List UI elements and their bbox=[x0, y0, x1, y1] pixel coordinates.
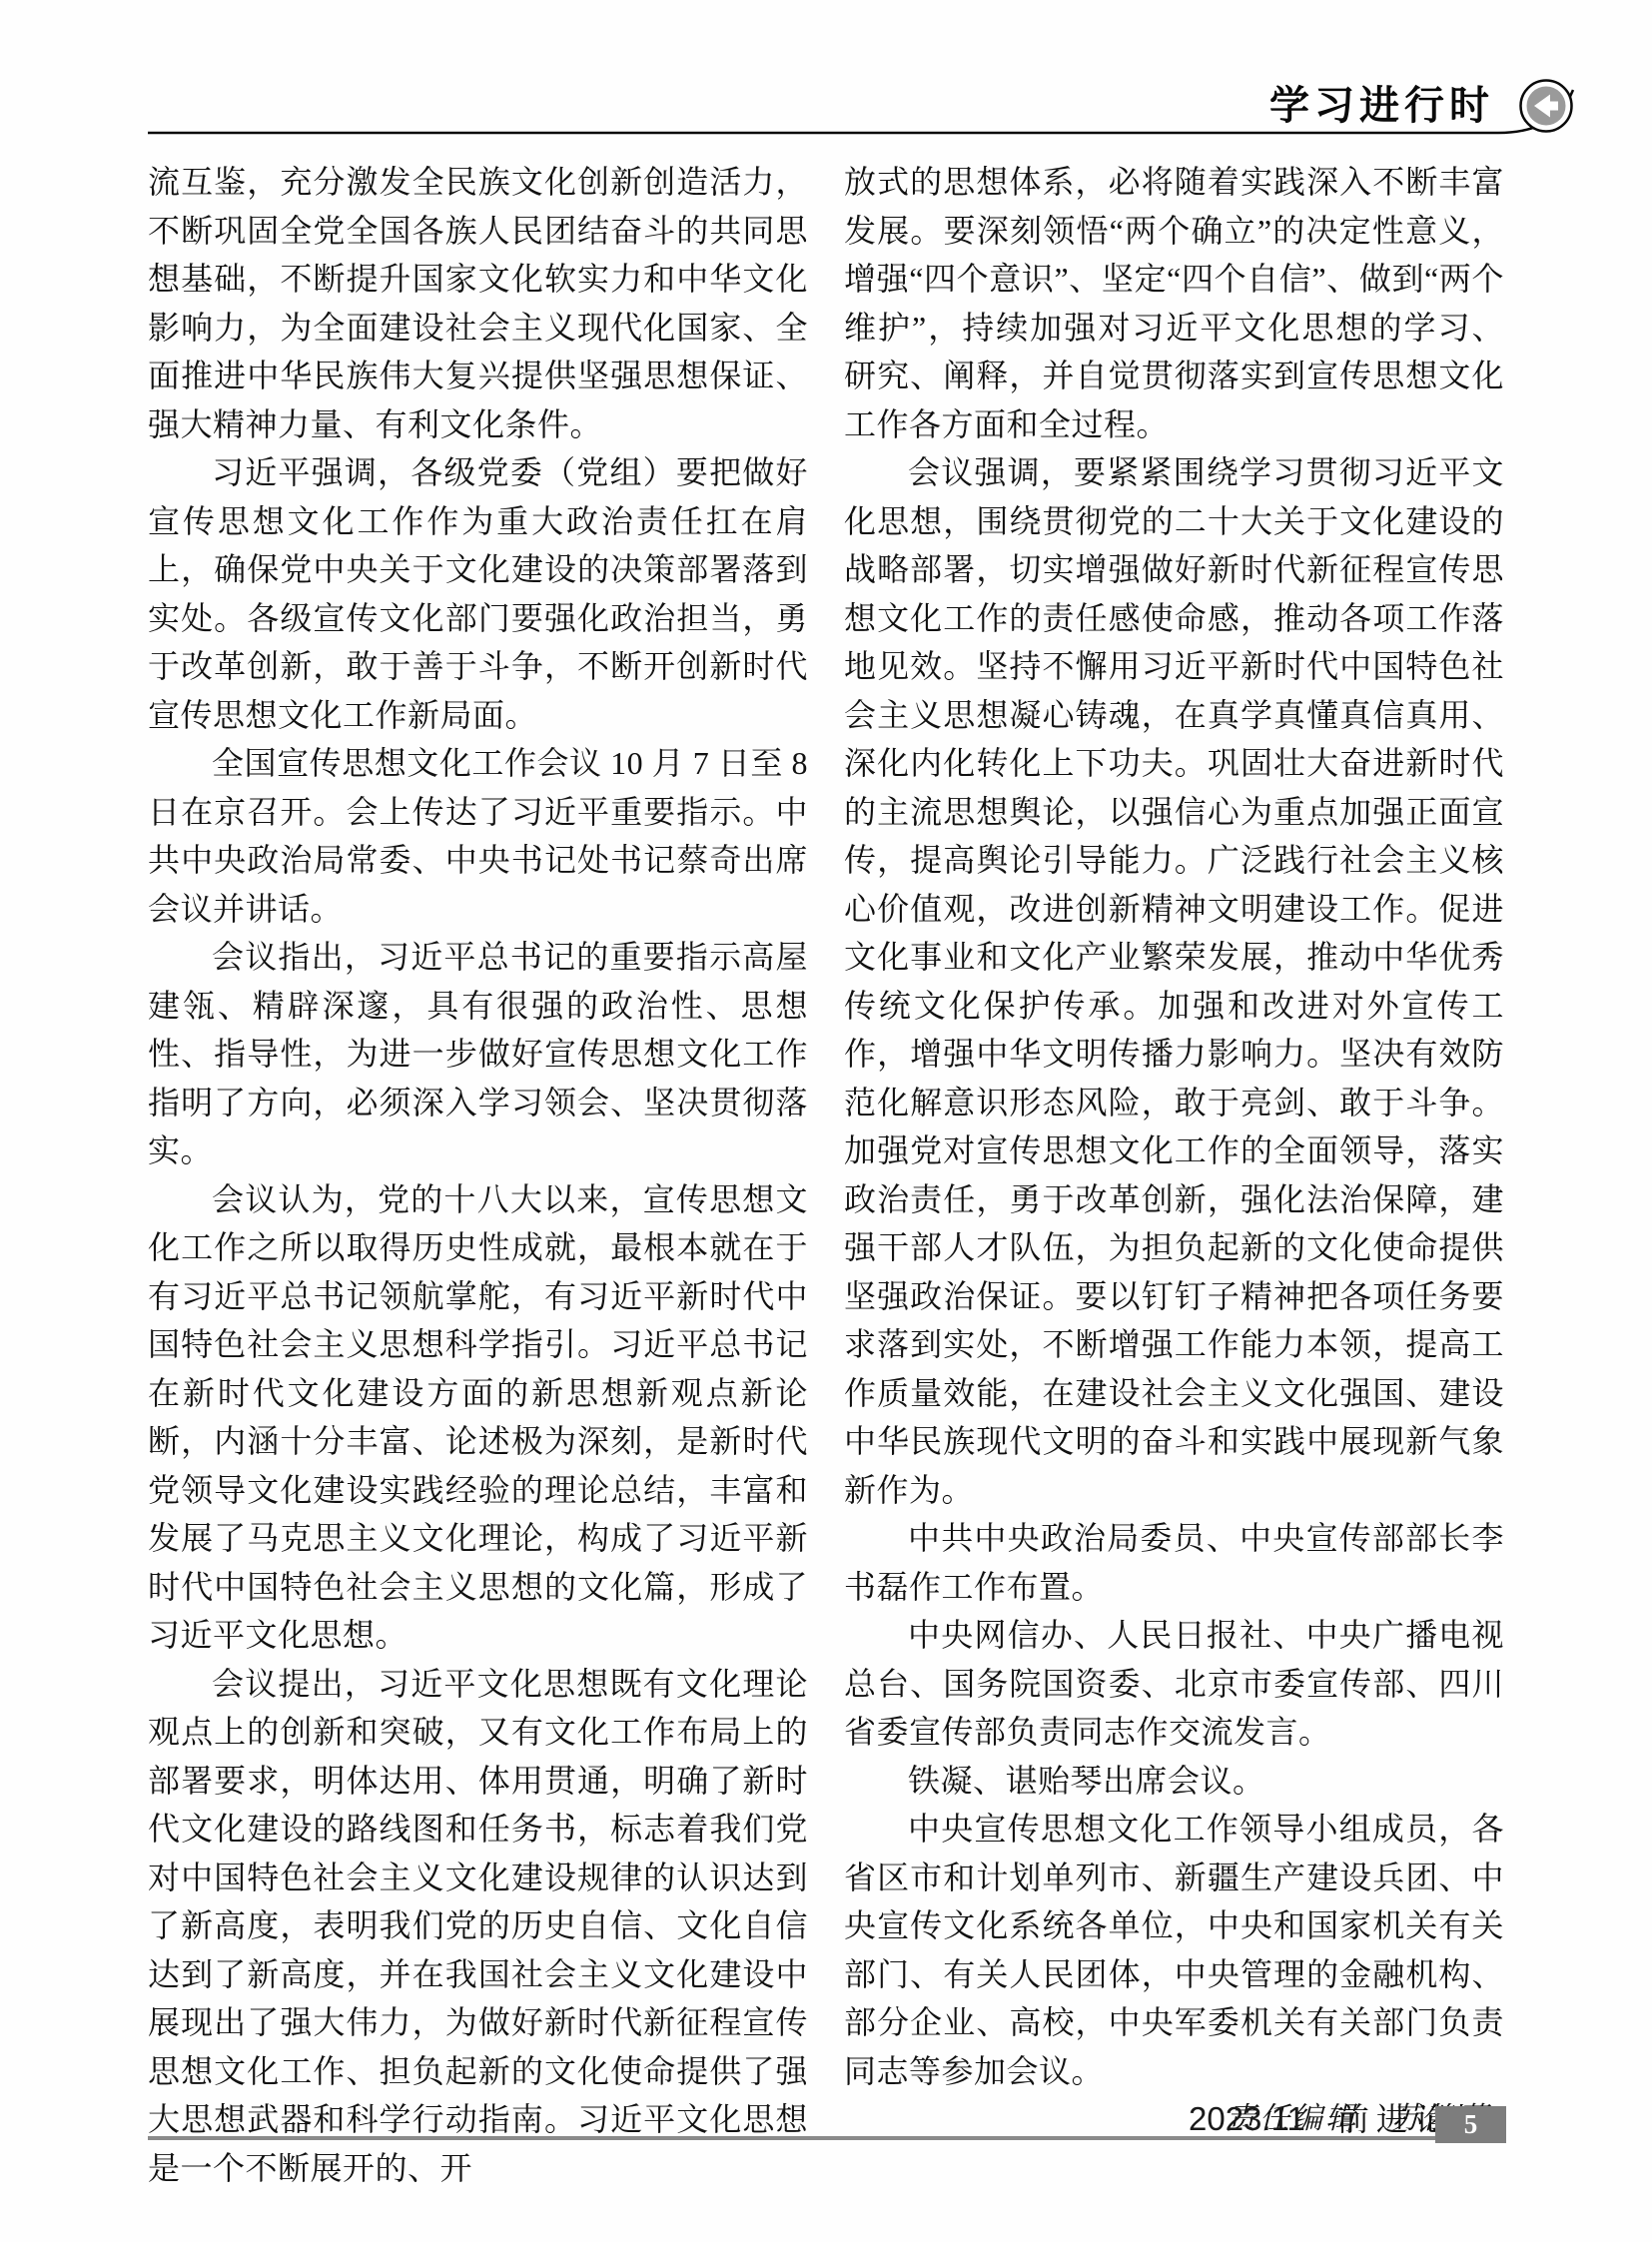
page-number-box: 5 bbox=[1435, 2106, 1506, 2143]
right-column: 放式的思想体系，必将随着实践深入不断丰富发展。要深刻领悟“两个确立”的决定性意义… bbox=[844, 158, 1504, 2192]
paragraph: 会议指出，习近平总书记的重要指示高屋建瓴、精辟深邃，具有很强的政治性、思想性、指… bbox=[148, 933, 808, 1175]
article-body: 流互鉴，充分激发全民族文化创新创造活力，不断巩固全党全国各族人民团结奋斗的共同思… bbox=[148, 158, 1504, 2192]
left-column: 流互鉴，充分激发全民族文化创新创造活力，不断巩固全党全国各族人民团结奋斗的共同思… bbox=[148, 158, 808, 2192]
paragraph: 放式的思想体系，必将随着实践深入不断丰富发展。要深刻领悟“两个确立”的决定性意义… bbox=[844, 158, 1504, 448]
circle-back-arrow-icon bbox=[1521, 81, 1572, 132]
footer-issue-date: 2023.11 bbox=[1189, 2101, 1305, 2137]
paragraph: 铁凝、谌贻琴出席会议。 bbox=[844, 1757, 1504, 1806]
paragraph: 流互鉴，充分激发全民族文化创新创造活力，不断巩固全党全国各族人民团结奋斗的共同思… bbox=[148, 158, 808, 448]
paragraph: 会议认为，党的十八大以来，宣传思想文化工作之所以取得历史性成就，最根本就在于有习… bbox=[148, 1175, 808, 1660]
paragraph: 习近平强调，各级党委（党组）要把做好宣传思想文化工作作为重大政治责任扛在肩上，确… bbox=[148, 448, 808, 739]
paragraph: 中共中央政治局委员、中央宣传部部长李书磊作工作布置。 bbox=[844, 1514, 1504, 1611]
paragraph: 中央宣传思想文化工作领导小组成员，各省区市和计划单列市、新疆生产建设兵团、中央宣… bbox=[844, 1805, 1504, 2095]
page-header-title: 学习进行时 bbox=[1269, 74, 1494, 131]
magazine-page: 学习进行时 流互鉴，充分激发全民族文化创新创造活力，不断巩固全党全国各族人民团结… bbox=[0, 0, 1652, 2242]
paragraph: 中央网信办、人民日报社、中央广播电视总台、国务院国资委、北京市委宣传部、四川省委… bbox=[844, 1611, 1504, 1757]
page-number: 5 bbox=[1464, 2109, 1478, 2140]
paragraph: 会议提出，习近平文化思想既有文化理论观点上的创新和突破，又有文化工作布局上的部署… bbox=[148, 1660, 808, 2193]
paragraph: 全国宣传思想文化工作会议 10 月 7 日至 8 日在京召开。会上传达了习近平重… bbox=[148, 739, 808, 933]
paragraph: 会议强调，要紧紧围绕学习贯彻习近平文化思想，围绕贯彻党的二十大关于文化建设的战略… bbox=[844, 448, 1504, 1514]
